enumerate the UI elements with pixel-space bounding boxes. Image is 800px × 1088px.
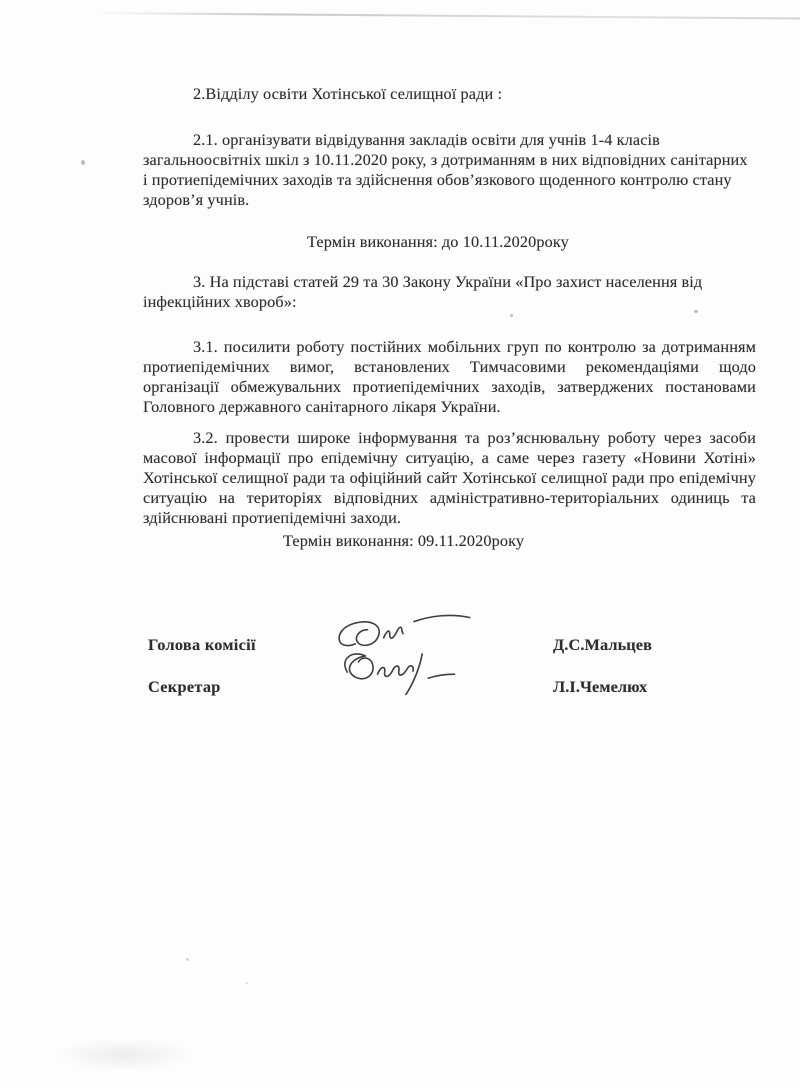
- signature-row-secretary: Секретар Л.І.Чемелюх: [143, 677, 756, 697]
- signature-name-secretary: Л.І.Чемелюх: [553, 677, 647, 697]
- scan-artifact-line: [92, 12, 800, 20]
- section-3-intro: 3. На підставі статей 29 та 30 Закону Ук…: [143, 272, 756, 312]
- signature-block: Голова комісії Д.С.Мальцев Секретар Л.І.…: [143, 635, 756, 697]
- signature-role-chair: Голова комісії: [143, 635, 256, 655]
- scan-smudge: [55, 1038, 195, 1072]
- signature-name-chair: Д.С.Мальцев: [553, 635, 652, 655]
- scan-speck: [246, 982, 248, 984]
- deadline-section-3: Термін виконання: 09.11.2020року: [143, 531, 756, 551]
- document-body: 2.Відділу освіти Хотінської селищної рад…: [143, 84, 756, 719]
- section-2-heading: 2.Відділу освіти Хотінської селищної рад…: [143, 84, 756, 104]
- paragraph-3-2: 3.2. провести широке інформування та роз…: [143, 428, 756, 528]
- scanned-document-page: 2.Відділу освіти Хотінської селищної рад…: [0, 0, 800, 1088]
- signature-role-secretary: Секретар: [143, 677, 221, 697]
- scan-speck: [186, 958, 189, 961]
- paragraph-3-1: 3.1. посилити роботу постійних мобільних…: [143, 337, 756, 417]
- deadline-section-2: Термін виконання: до 10.11.2020року: [143, 232, 756, 252]
- paragraph-2-1: 2.1. організувати відвідування закладів …: [143, 130, 756, 210]
- signature-row-chair: Голова комісії Д.С.Мальцев: [143, 635, 756, 655]
- scan-speck: [81, 160, 85, 165]
